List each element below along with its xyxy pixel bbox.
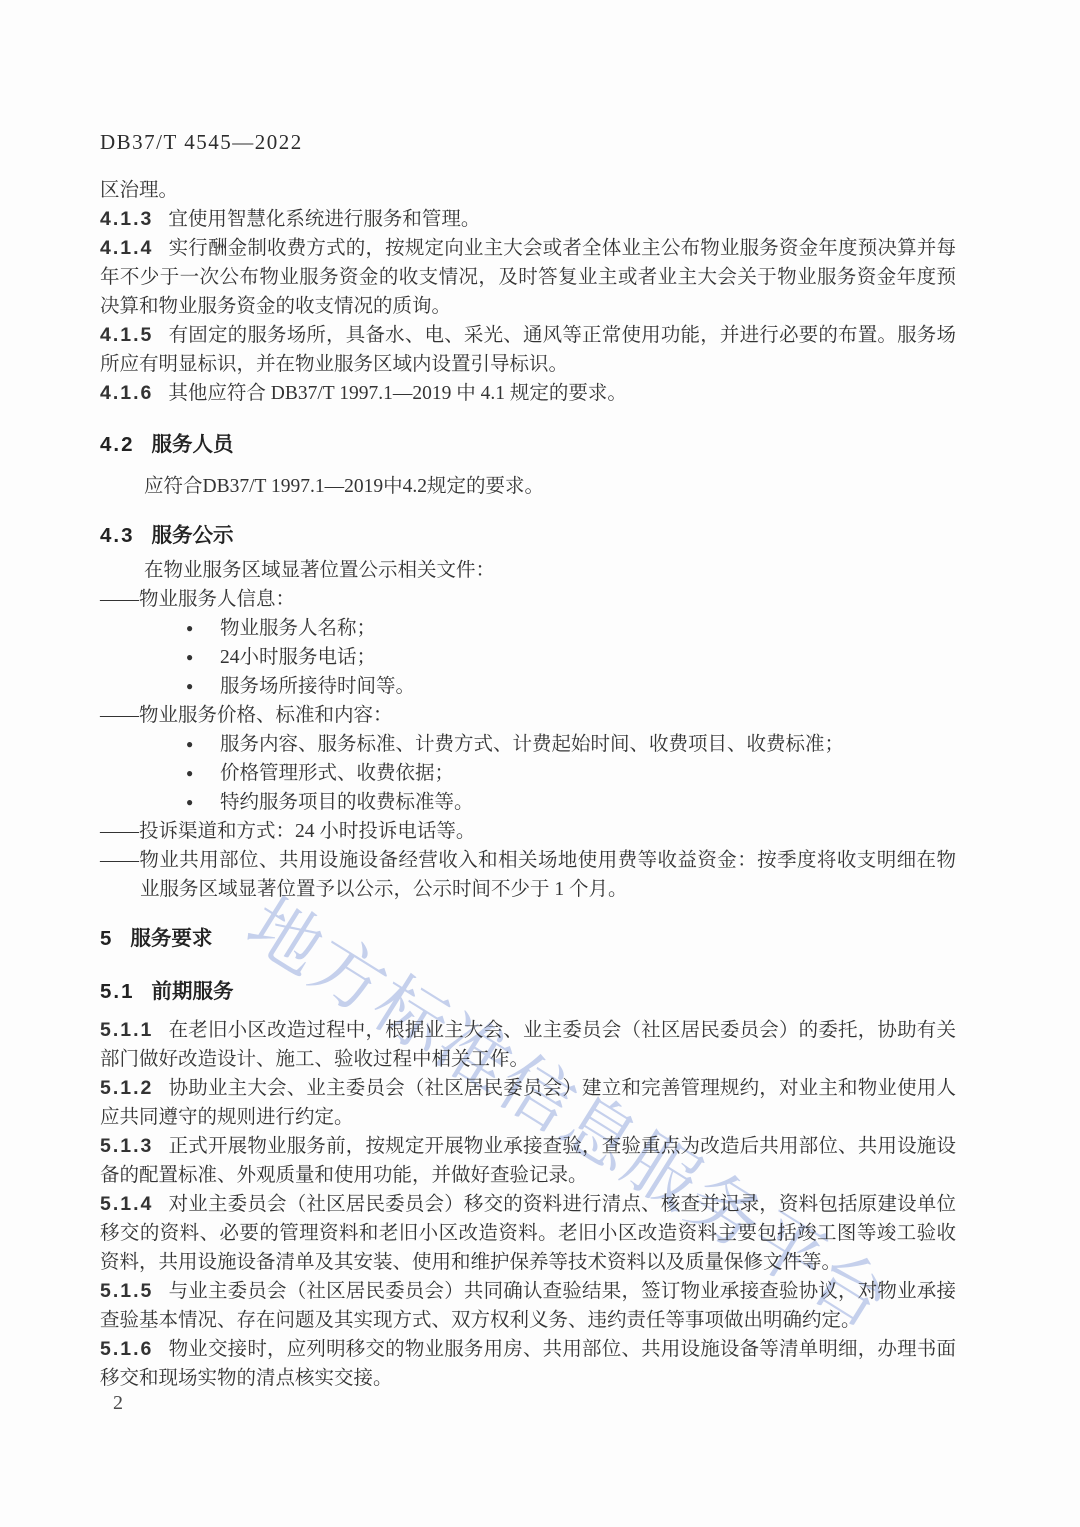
document-content: 区治理。 4.1.3宜使用智慧化系统进行服务和管理。 4.1.4实行酬金制收费方… [100, 176, 956, 1393]
page-number: 2 [113, 1392, 123, 1415]
clause-4-1-3: 4.1.3宜使用智慧化系统进行服务和管理。 [100, 205, 956, 234]
section-heading-4-3: 4.3服务公示 [100, 521, 956, 550]
bullet-item: ●物业服务人名称； [100, 614, 956, 643]
bullet-icon: ● [186, 788, 220, 817]
bullet-text: 价格管理形式、收费依据； [220, 763, 454, 784]
clause-text: 宜使用智慧化系统进行服务和管理。 [168, 209, 480, 230]
clause-4-1-5: 4.1.5有固定的服务场所，具备水、电、采光、通风等正常使用功能，并进行必要的布… [100, 321, 956, 379]
bullet-icon: ● [186, 614, 220, 643]
bullet-icon: ● [186, 672, 220, 701]
bullet-item: ●服务场所接待时间等。 [100, 672, 956, 701]
chapter-heading-5: 5服务要求 [100, 924, 956, 953]
bullet-item: ●特约服务项目的收费标准等。 [100, 788, 956, 817]
clause-5-1-2: 5.1.2协助业主大会、业主委员会（社区居民委员会）建立和完善管理规约，对业主和… [100, 1074, 956, 1132]
clause-number: 5.1.5 [100, 1280, 153, 1302]
bullet-item: ●24小时服务电话； [100, 643, 956, 672]
doc-code-header: DB37/T 4545—2022 [100, 130, 303, 155]
clause-text: 在老旧小区改造过程中，根据业主大会、业主委员会（社区居民委员会）的委托，协助有关… [100, 1020, 956, 1070]
dash-item: ——物业服务价格、标准和内容： [100, 701, 956, 730]
section-number: 4.2 [100, 433, 135, 456]
section-heading-4-2: 4.2服务人员 [100, 430, 956, 459]
section-heading-5-1: 5.1前期服务 [100, 977, 956, 1006]
section-title: 服务要求 [130, 927, 212, 950]
section-number: 4.3 [100, 524, 135, 547]
section-title: 服务公示 [152, 524, 234, 547]
clause-4-1-4: 4.1.4实行酬金制收费方式的，按规定向业主大会或者全体业主公布物业服务资金年度… [100, 234, 956, 321]
section-title: 前期服务 [152, 980, 234, 1003]
clause-number: 4.1.4 [100, 237, 153, 259]
clause-text: 实行酬金制收费方式的，按规定向业主大会或者全体业主公布物业服务资金年度预决算并每… [100, 238, 956, 317]
bullet-text: 服务场所接待时间等。 [220, 676, 415, 697]
clause-5-1-6: 5.1.6物业交接时，应列明移交的物业服务用房、共用部位、共用设施设备等清单明细… [100, 1335, 956, 1393]
clause-text: 协助业主大会、业主委员会（社区居民委员会）建立和完善管理规约，对业主和物业使用人… [100, 1078, 956, 1128]
paragraph-4-2: 应符合DB37/T 1997.1—2019中4.2规定的要求。 [100, 472, 956, 501]
section-number: 5.1 [100, 980, 135, 1003]
clause-number: 5.1.2 [100, 1077, 153, 1099]
clause-number: 4.1.5 [100, 324, 153, 346]
clause-number: 4.1.3 [100, 208, 153, 230]
clause-text: 正式开展物业服务前，按规定开展物业承接查验，查验重点为改造后共用部位、共用设施设… [100, 1136, 956, 1186]
section-title: 服务人员 [152, 433, 234, 456]
paragraph-4-3-intro: 在物业服务区域显著位置公示相关文件： [100, 556, 956, 585]
clause-number: 4.1.6 [100, 382, 153, 404]
bullet-item: ●服务内容、服务标准、计费方式、计费起始时间、收费项目、收费标准； [100, 730, 956, 759]
bullet-icon: ● [186, 730, 220, 759]
clause-text: 其他应符合 DB37/T 1997.1—2019 中 4.1 规定的要求。 [168, 383, 626, 404]
clause-text: 对业主委员会（社区居民委员会）移交的资料进行清点、核查并记录，资料包括原建设单位… [100, 1194, 956, 1273]
bullet-icon: ● [186, 759, 220, 788]
clause-4-1-6: 4.1.6其他应符合 DB37/T 1997.1—2019 中 4.1 规定的要… [100, 379, 956, 408]
clause-text: 有固定的服务场所，具备水、电、采光、通风等正常使用功能，并进行必要的布置。服务场… [100, 325, 956, 375]
clause-number: 5.1.3 [100, 1135, 153, 1157]
bullet-text: 服务内容、服务标准、计费方式、计费起始时间、收费项目、收费标准； [220, 734, 844, 755]
section-number: 5 [100, 927, 113, 950]
bullet-item: ●价格管理形式、收费依据； [100, 759, 956, 788]
clause-text: 与业主委员会（社区居民委员会）共同确认查验结果，签订物业承接查验协议，对物业承接… [100, 1281, 956, 1331]
clause-5-1-3: 5.1.3正式开展物业服务前，按规定开展物业承接查验，查验重点为改造后共用部位、… [100, 1132, 956, 1190]
bullet-text: 特约服务项目的收费标准等。 [220, 792, 474, 813]
clause-text: 物业交接时，应列明移交的物业服务用房、共用部位、共用设施设备等清单明细，办理书面… [100, 1339, 956, 1389]
document-page: 地方标准信息服务平台 DB37/T 4545—2022 区治理。 4.1.3宜使… [0, 0, 1080, 1527]
clause-5-1-5: 5.1.5与业主委员会（社区居民委员会）共同确认查验结果，签订物业承接查验协议，… [100, 1277, 956, 1335]
clause-5-1-1: 5.1.1在老旧小区改造过程中，根据业主大会、业主委员会（社区居民委员会）的委托… [100, 1016, 956, 1074]
dash-item: ——物业服务人信息： [100, 585, 956, 614]
clause-number: 5.1.1 [100, 1019, 153, 1041]
clause-number: 5.1.4 [100, 1193, 153, 1215]
paragraph-carryover: 区治理。 [100, 176, 956, 205]
clause-number: 5.1.6 [100, 1338, 153, 1360]
dash-item: ——投诉渠道和方式：24 小时投诉电话等。 [100, 817, 956, 846]
dash-item: ——物业共用部位、共用设施设备经营收入和相关场地使用费等收益资金：按季度将收支明… [100, 846, 956, 904]
clause-5-1-4: 5.1.4对业主委员会（社区居民委员会）移交的资料进行清点、核查并记录，资料包括… [100, 1190, 956, 1277]
bullet-icon: ● [186, 643, 220, 672]
bullet-text: 物业服务人名称； [220, 618, 376, 639]
bullet-text: 24小时服务电话； [220, 647, 376, 668]
